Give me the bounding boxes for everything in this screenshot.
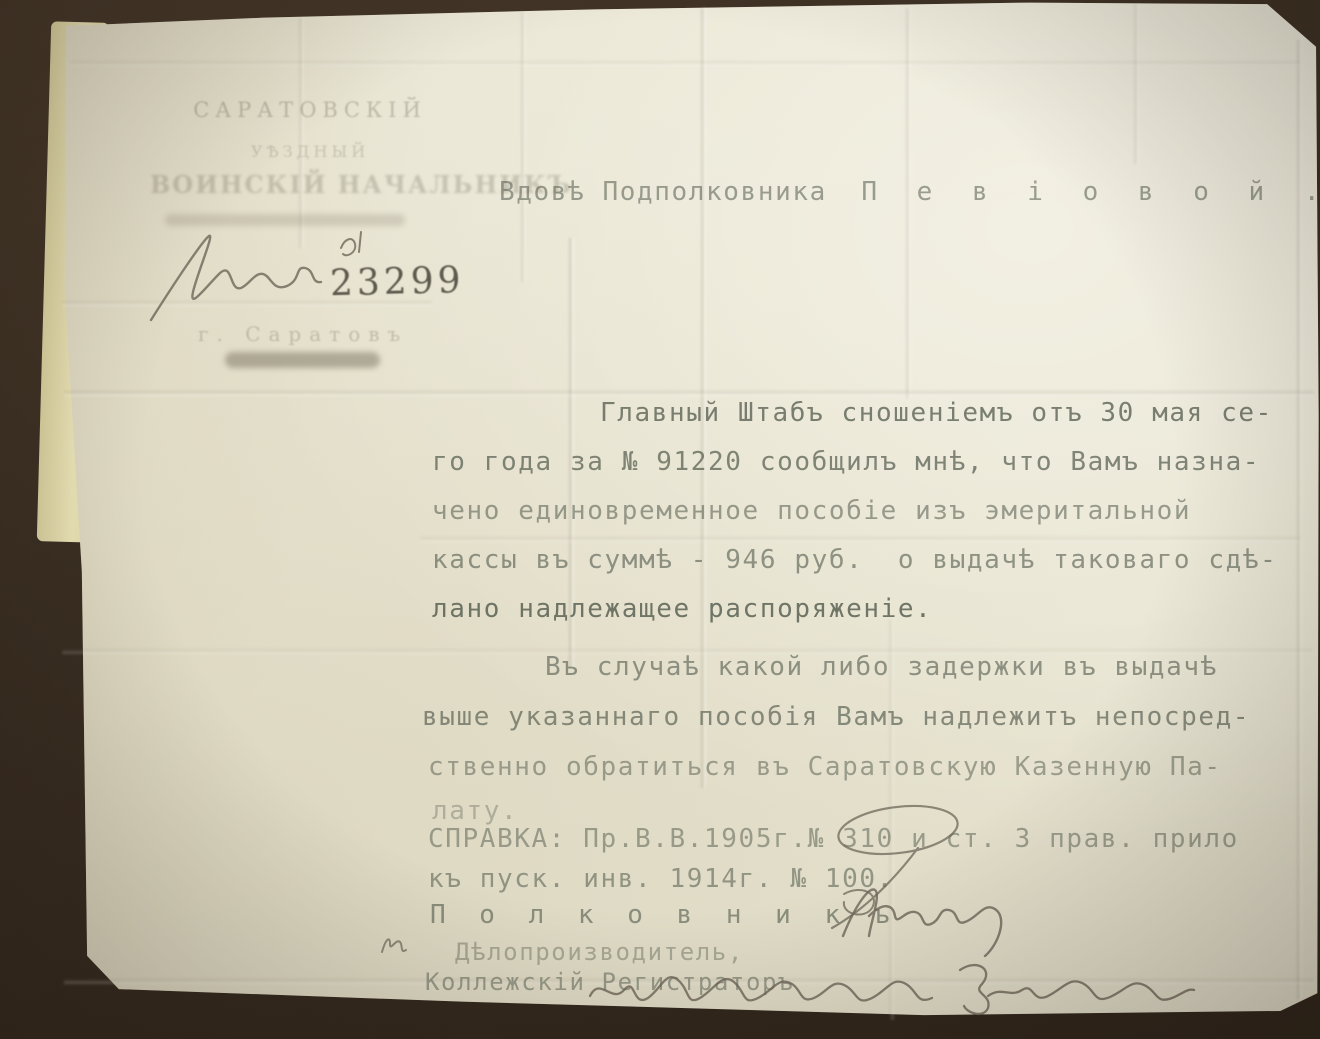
body-line: Главный Штабъ сношеніемъ отъ 30 мая се- xyxy=(600,398,1273,428)
paper-crease-vertical xyxy=(1133,4,1140,164)
registrar-signature xyxy=(580,948,1200,1023)
body-line: Въ случаѣ какой либо задержки въ выдачѣ xyxy=(545,652,1218,682)
addressee-gap xyxy=(827,177,862,207)
body-line: лату. xyxy=(432,796,518,826)
body-line: лано надлежащее распоряженіе. xyxy=(432,594,932,624)
addressee-prefix: Вдовѣ Подполковника xyxy=(499,177,827,207)
paper-crease-horizontal xyxy=(70,60,1300,67)
addressee-line: Вдовѣ Подполковника П е в і о в о й . xyxy=(430,147,1320,237)
paper-crease-horizontal xyxy=(420,536,1300,543)
body-line: кассы въ суммѣ - 946 руб. о выдачѣ таков… xyxy=(432,545,1277,575)
signoff-rank: П о л к о в н и к ъ xyxy=(430,900,898,930)
paper-crease-horizontal xyxy=(64,390,1314,397)
body-line: го года за № 91220 сообщилъ мнѣ, что Вам… xyxy=(432,447,1260,477)
body-line: выше указаннаго пособія Вамъ надлежитъ н… xyxy=(422,702,1250,732)
body-line: ственно обратиться въ Саратовскую Казенн… xyxy=(428,752,1222,782)
letterhead-stamp-smudge xyxy=(225,352,380,368)
handwritten-date-note xyxy=(145,222,385,327)
letterhead-org-line2: УѢЗДНЫЙ xyxy=(205,142,415,161)
body-line: чено единовременное пособіе изъ эмеритал… xyxy=(432,496,1191,526)
photo-backdrop: САРАТОВСКІЙ УѢЗДНЫЙ ВОИНСКІЙ НАЧАЛЬНИКЪ … xyxy=(0,0,1320,1039)
addressee-surname: П е в і о в о й . xyxy=(861,177,1320,207)
letterhead-org-line1: САРАТОВСКІЙ xyxy=(185,98,435,122)
clerk-initial-mark xyxy=(378,928,414,962)
